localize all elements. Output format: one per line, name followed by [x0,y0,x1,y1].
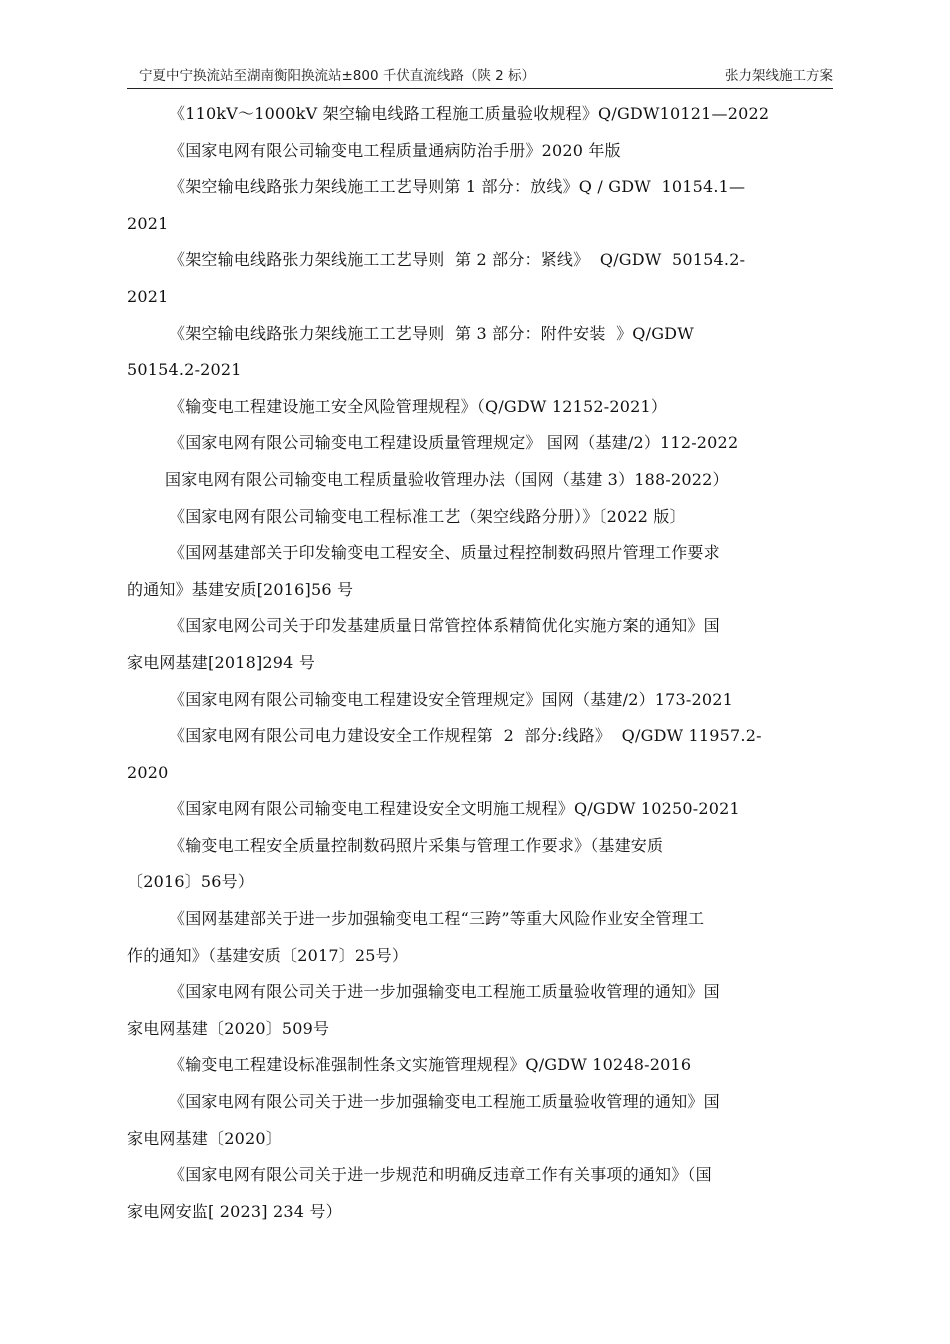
reference-line: 《国网基建部关于进一步加强输变电工程“三跨”等重大风险作业安全管理工 [127,901,833,938]
reference-item: 《国家电网有限公司输变电工程质量通病防治手册》2020 年版 [127,133,833,170]
reference-item: 《国家电网有限公司输变电工程建设安全文明施工规程》Q/GDW 10250-202… [127,791,833,828]
reference-line-continued: 作的通知》（基建安质〔2017〕25号） [127,938,833,975]
reference-line: 《110kV～1000kV 架空输电线路工程施工质量验收规程》Q/GDW1012… [127,96,833,133]
reference-item: 《国家电网有限公司输变电工程建设质量管理规定》 国网（基建/2）112-2022 [127,425,833,462]
reference-item: 《架空输电线路张力架线施工工艺导则 第 2 部分：紧线》 Q/GDW 50154… [127,242,833,315]
reference-line: 《国网基建部关于印发输变电工程安全、质量过程控制数码照片管理工作要求 [127,535,833,572]
reference-item: 《架空输电线路张力架线施工工艺导则第 1 部分：放线》Q / GDW 10154… [127,169,833,242]
reference-item: 《国家电网公司关于印发基建质量日常管控体系精简优化实施方案的通知》国家电网基建[… [127,608,833,681]
reference-item: 《国家电网有限公司关于进一步加强输变电工程施工质量验收管理的通知》国家电网基建〔… [127,1084,833,1157]
reference-item: 《110kV～1000kV 架空输电线路工程施工质量验收规程》Q/GDW1012… [127,96,833,133]
reference-line: 《国家电网有限公司输变电工程建设质量管理规定》 国网（基建/2）112-2022 [127,425,833,462]
header-document-title: 张力架线施工方案 [725,64,833,88]
page-header: 宁夏中宁换流站至湖南衡阳换流站±800 千伏直流线路（陕 2 标） 张力架线施工… [127,64,833,89]
reference-line-continued: 2021 [127,206,833,243]
reference-line: 《国家电网有限公司输变电工程质量通病防治手册》2020 年版 [127,133,833,170]
reference-line: 《国家电网有限公司关于进一步规范和明确反违章工作有关事项的通知》（国 [127,1157,833,1194]
reference-line-continued: 家电网基建〔2020〕509号 [127,1011,833,1048]
reference-item: 《国家电网有限公司关于进一步规范和明确反违章工作有关事项的通知》（国家电网安监[… [127,1157,833,1230]
reference-line: 《国家电网有限公司关于进一步加强输变电工程施工质量验收管理的通知》国 [127,974,833,1011]
reference-line: 《架空输电线路张力架线施工工艺导则第 1 部分：放线》Q / GDW 10154… [127,169,833,206]
reference-line-continued: 2021 [127,279,833,316]
reference-list: 《110kV～1000kV 架空输电线路工程施工质量验收规程》Q/GDW1012… [127,96,833,1230]
reference-line: 《架空输电线路张力架线施工工艺导则 第 3 部分：附件安装 》Q/GDW [127,316,833,353]
reference-item: 国家电网有限公司输变电工程质量验收管理办法（国网（基建 3）188-2022） [127,462,833,499]
reference-line-continued: 家电网安监[ 2023] 234 号） [127,1194,833,1231]
reference-line: 《国家电网公司关于印发基建质量日常管控体系精简优化实施方案的通知》国 [127,608,833,645]
reference-line: 《输变电工程安全质量控制数码照片采集与管理工作要求》（基建安质 [127,828,833,865]
reference-item: 《架空输电线路张力架线施工工艺导则 第 3 部分：附件安装 》Q/GDW5015… [127,316,833,389]
reference-line: 《输变电工程建设施工安全风险管理规程》（Q/GDW 12152-2021） [127,389,833,426]
reference-item: 《输变电工程建设施工安全风险管理规程》（Q/GDW 12152-2021） [127,389,833,426]
reference-item: 《国家电网有限公司电力建设安全工作规程第 2 部分:线路》 Q/GDW 1195… [127,718,833,791]
reference-item: 《国家电网有限公司输变电工程标准工艺（架空线路分册）》〔2022 版〕 [127,499,833,536]
reference-line-continued: 50154.2-2021 [127,352,833,389]
reference-item: 《国网基建部关于印发输变电工程安全、质量过程控制数码照片管理工作要求的通知》基建… [127,535,833,608]
reference-item: 《输变电工程安全质量控制数码照片采集与管理工作要求》（基建安质〔2016〕56号… [127,828,833,901]
header-project-title: 宁夏中宁换流站至湖南衡阳换流站±800 千伏直流线路（陕 2 标） [139,64,535,88]
reference-line: 《输变电工程建设标准强制性条文实施管理规程》Q/GDW 10248-2016 [127,1047,833,1084]
reference-item: 《国网基建部关于进一步加强输变电工程“三跨”等重大风险作业安全管理工作的通知》（… [127,901,833,974]
reference-item: 《输变电工程建设标准强制性条文实施管理规程》Q/GDW 10248-2016 [127,1047,833,1084]
reference-line: 《国家电网有限公司输变电工程建设安全文明施工规程》Q/GDW 10250-202… [127,791,833,828]
reference-line-continued: 家电网基建〔2020〕 [127,1121,833,1158]
reference-line-continued: 家电网基建[2018]294 号 [127,645,833,682]
reference-line-continued: 2020 [127,755,833,792]
reference-line: 《国家电网有限公司输变电工程建设安全管理规定》国网（基建/2）173-2021 [127,682,833,719]
reference-line: 《国家电网有限公司关于进一步加强输变电工程施工质量验收管理的通知》国 [127,1084,833,1121]
reference-line-continued: 的通知》基建安质[2016]56 号 [127,572,833,609]
reference-line-continued: 〔2016〕56号） [127,864,833,901]
reference-item: 《国家电网有限公司关于进一步加强输变电工程施工质量验收管理的通知》国家电网基建〔… [127,974,833,1047]
reference-item: 《国家电网有限公司输变电工程建设安全管理规定》国网（基建/2）173-2021 [127,682,833,719]
reference-line: 《架空输电线路张力架线施工工艺导则 第 2 部分：紧线》 Q/GDW 50154… [127,242,833,279]
reference-line: 《国家电网有限公司输变电工程标准工艺（架空线路分册）》〔2022 版〕 [127,499,833,536]
reference-line: 《国家电网有限公司电力建设安全工作规程第 2 部分:线路》 Q/GDW 1195… [127,718,833,755]
reference-line: 国家电网有限公司输变电工程质量验收管理办法（国网（基建 3）188-2022） [127,462,833,499]
